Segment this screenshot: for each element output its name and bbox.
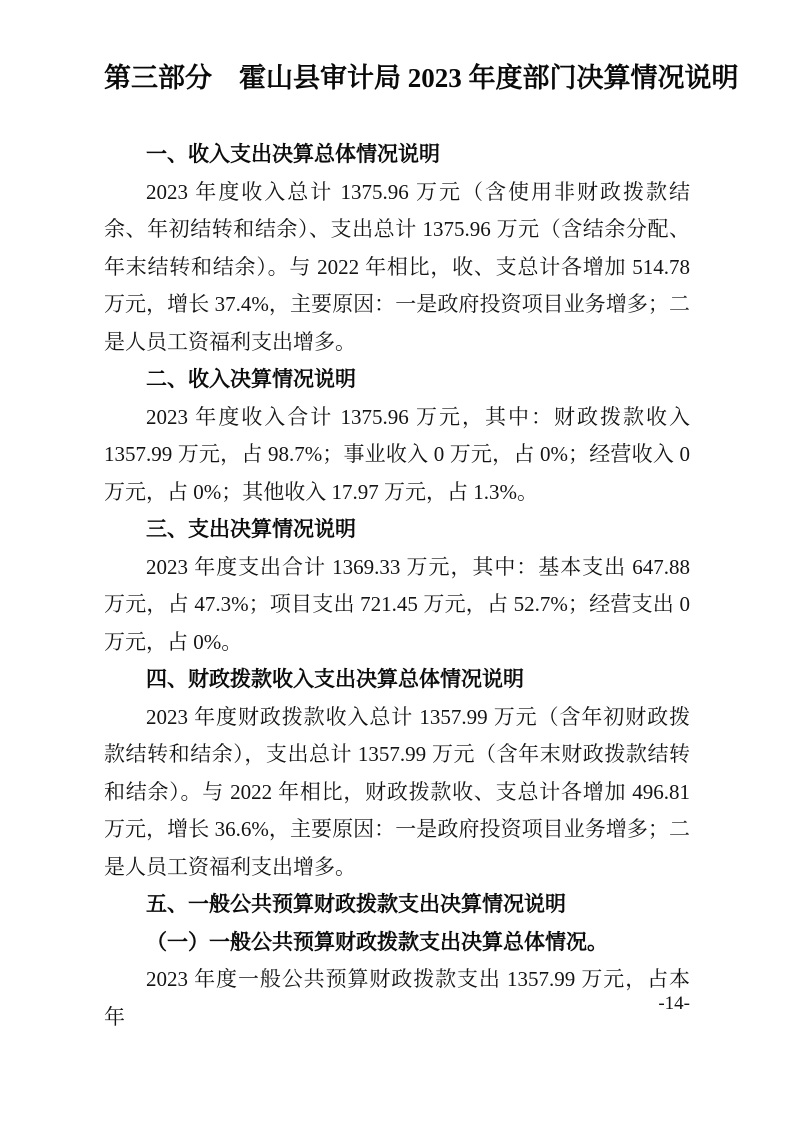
section-heading-3: 三、支出决算情况说明 [104, 511, 690, 549]
section-heading-2: 二、收入决算情况说明 [104, 361, 690, 399]
section-fiscal-appropriation-overall: 四、财政拨款收入支出决算总体情况说明 2023 年度财政拨款收入总计 1357.… [104, 661, 690, 886]
section-paragraph-5: 2023 年度一般公共预算财政拨款支出 1357.99 万元，占本年 [104, 961, 690, 1036]
document-title: 第三部分 霍山县审计局 2023 年度部门决算情况说明 [104, 56, 690, 100]
section-general-public-budget: 五、一般公共预算财政拨款支出决算情况说明 （一）一般公共预算财政拨款支出决算总体… [104, 886, 690, 1036]
section-paragraph-2: 2023 年度收入合计 1375.96 万元，其中：财政拨款收入 1357.99… [104, 399, 690, 512]
section-expenditure: 三、支出决算情况说明 2023 年度支出合计 1369.33 万元，其中：基本支… [104, 511, 690, 661]
document-page: 第三部分 霍山县审计局 2023 年度部门决算情况说明 一、收入支出决算总体情况… [0, 0, 793, 1122]
section-overall-revenue-expenditure: 一、收入支出决算总体情况说明 2023 年度收入总计 1375.96 万元（含使… [104, 136, 690, 361]
section-paragraph-1: 2023 年度收入总计 1375.96 万元（含使用非财政拨款结余、年初结转和结… [104, 174, 690, 362]
page-number: -14- [658, 993, 690, 1015]
section-heading-1: 一、收入支出决算总体情况说明 [104, 136, 690, 174]
section-subheading-5: （一）一般公共预算财政拨款支出决算总体情况。 [104, 924, 690, 962]
section-paragraph-4: 2023 年度财政拨款收入总计 1357.99 万元（含年初财政拨款结转和结余）… [104, 699, 690, 887]
section-paragraph-3: 2023 年度支出合计 1369.33 万元，其中：基本支出 647.88 万元… [104, 549, 690, 662]
section-heading-5: 五、一般公共预算财政拨款支出决算情况说明 [104, 886, 690, 924]
document-content: 第三部分 霍山县审计局 2023 年度部门决算情况说明 一、收入支出决算总体情况… [104, 0, 690, 1036]
section-revenue: 二、收入决算情况说明 2023 年度收入合计 1375.96 万元，其中：财政拨… [104, 361, 690, 511]
section-heading-4: 四、财政拨款收入支出决算总体情况说明 [104, 661, 690, 699]
